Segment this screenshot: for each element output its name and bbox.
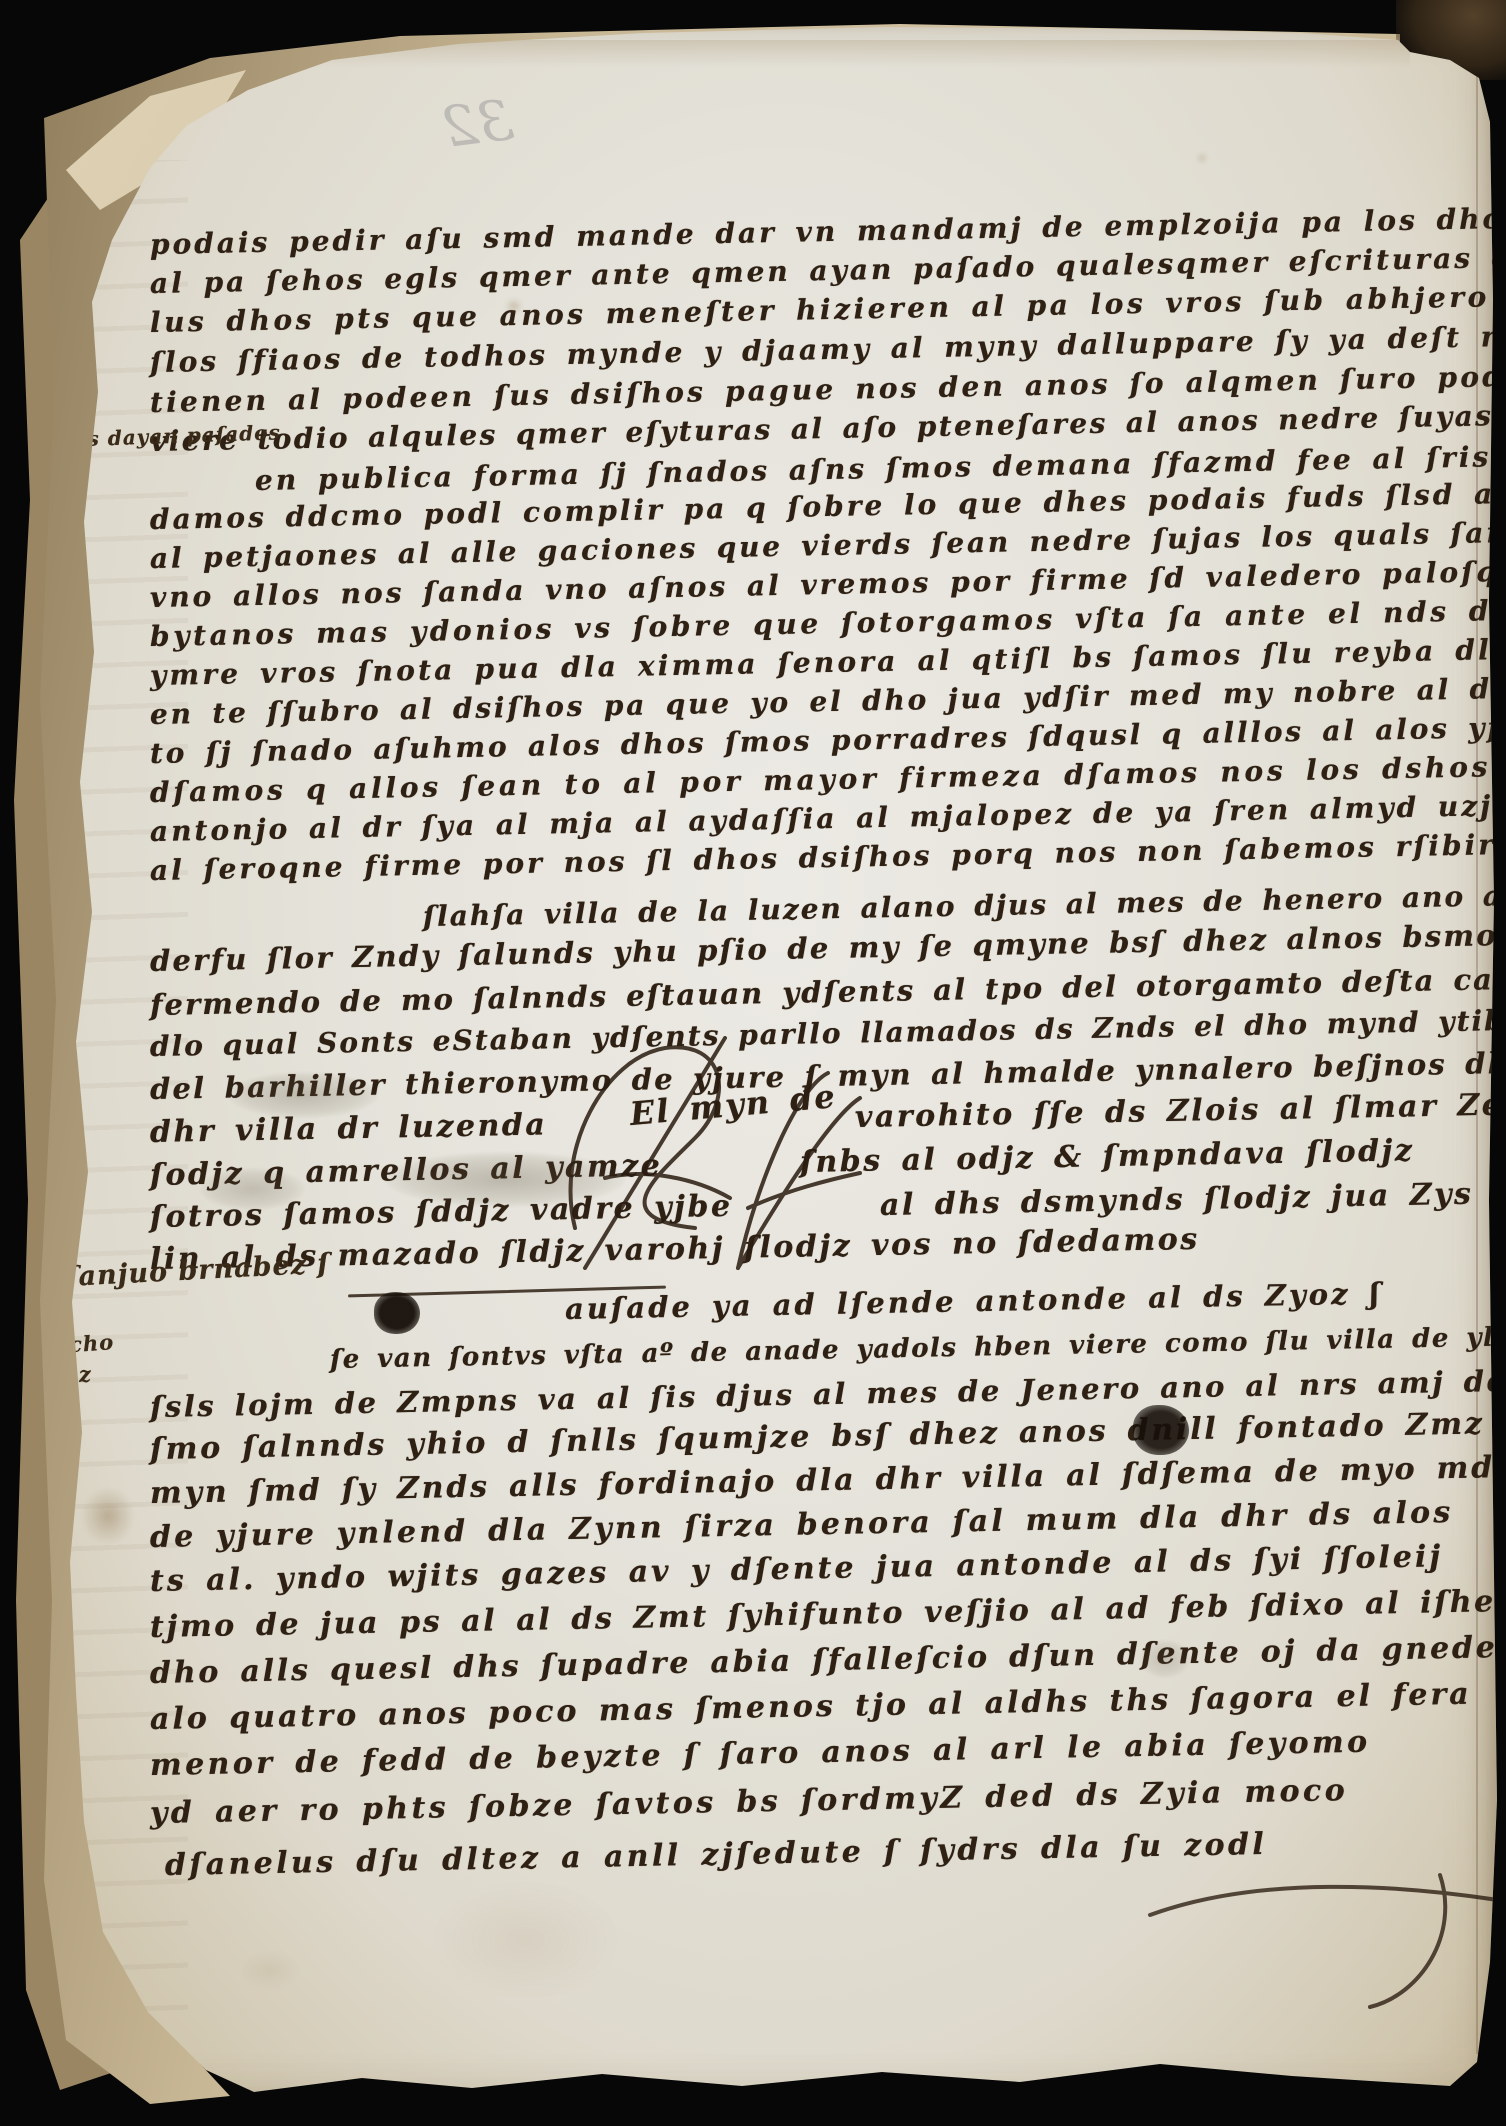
manuscript-line: varohito ſſe ds Zlois al ſlmar Zen <box>855 1087 1506 1135</box>
ink-stain <box>374 1292 420 1334</box>
ink-stain <box>430 1880 620 2000</box>
signature-swash <box>1140 1855 1506 2015</box>
manuscript-line: al dhs dsmynds ſlodjz jua Zys ba <box>880 1175 1506 1223</box>
notary-rubric-flourish <box>718 1058 868 1278</box>
ink-stain <box>82 1488 134 1544</box>
manuscript-page: 32 podais pedir aſu smd mande dar vn man… <box>0 0 1506 2126</box>
ink-stain <box>1196 152 1208 164</box>
manuscript-line: dhr villa dr luzenda <box>150 1107 548 1150</box>
ink-stain <box>228 1072 378 1118</box>
ink-stain <box>1140 1640 1190 1678</box>
manuscript-line: dſanelus dſu dltez a anll zjſedute ſ ſyd… <box>165 1827 1268 1883</box>
page-number-showthrough: 32 <box>438 88 517 161</box>
ink-stain <box>200 1168 305 1210</box>
ink-stain <box>505 298 523 314</box>
ink-stain <box>385 1152 625 1207</box>
ink-stain <box>1133 1405 1189 1455</box>
ink-stain <box>240 1950 300 1990</box>
notary-rubric-flourish <box>545 1028 745 1278</box>
manuscript-line: auſade ya ad lſende antonde al ds Zyoz ʃ <box>565 1276 1383 1326</box>
manuscript-photo: 32 podais pedir aſu smd mande dar vn man… <box>0 0 1506 2126</box>
manuscript-line: ſnbs al odjz & ſmpndava ſlodjz <box>800 1133 1415 1180</box>
manuscript-line: yd aer ro phts ſobze ſavtos bs ſordmyZ d… <box>150 1773 1349 1831</box>
